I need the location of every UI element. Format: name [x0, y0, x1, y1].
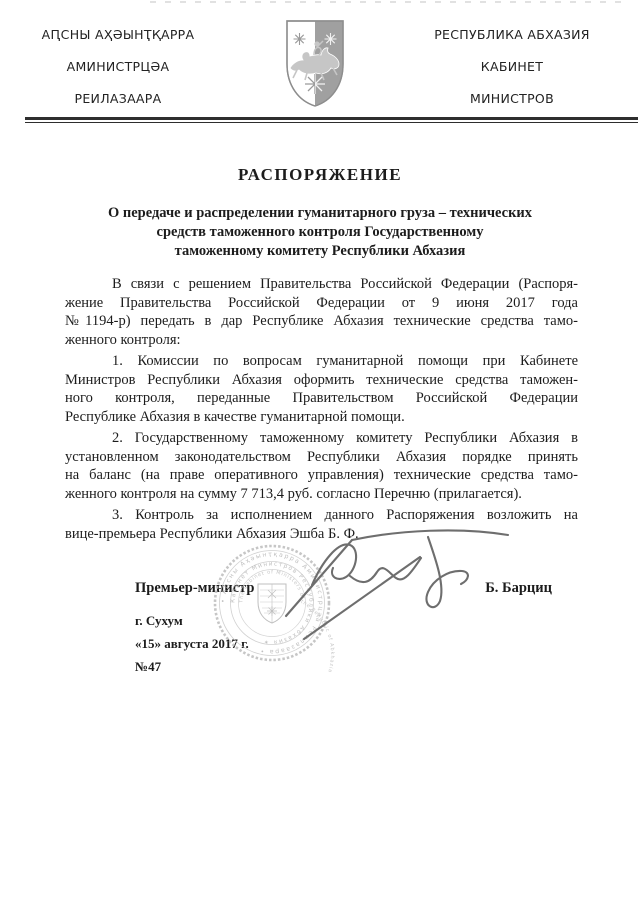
paragraph-line: жение Правительства Российской Федерации…	[65, 294, 578, 313]
footer-city: г. Сухум	[135, 609, 640, 632]
document-title: РАСПОРЯЖЕНИЕ	[0, 165, 640, 185]
body-paragraph: 2. Государственному таможенному комитету…	[65, 429, 578, 503]
paragraph-line: В связи с решением Правительства Российс…	[65, 275, 578, 294]
letterhead-abkhaz-block: АԤСНЫ АҲӘЫНҬҚАРРА АМИНИСТРЦӘА РЕИЛАЗААРА	[28, 18, 208, 114]
paragraph-line: женного контроля на сумму 7 713,4 руб. с…	[65, 485, 578, 504]
paragraph-line: ного контроля, переданные Правительством…	[65, 389, 578, 408]
subject-line2: средств таможенного контроля Государстве…	[0, 223, 640, 242]
document-page: АԤСНЫ АҲӘЫНҬҚАРРА АМИНИСТРЦӘА РЕИЛАЗААРА	[0, 0, 640, 905]
letterhead-divider	[25, 117, 638, 123]
letterhead: АԤСНЫ АҲӘЫНҬҚАРРА АМИНИСТРЦӘА РЕИЛАЗААРА	[0, 0, 640, 114]
subject-line3: таможенному комитету Республики Абхазия	[0, 242, 640, 261]
letterhead-abkhaz-line1: АԤСНЫ АҲӘЫНҬҚАРРА	[28, 18, 208, 50]
scan-artifact-line	[150, 1, 630, 3]
signer-role: Премьер-министр	[135, 580, 254, 597]
footer-number: №47	[135, 655, 640, 678]
paragraph-line: 1. Комиссии по вопросам гуманитарной пом…	[65, 352, 578, 371]
subject-line1: О передаче и распределении гуманитарного…	[0, 204, 640, 223]
document-body: В связи с решением Правительства Российс…	[65, 275, 578, 543]
paragraph-line: №1194-р) передать в дар Республике Абхаз…	[65, 312, 578, 331]
letterhead-russian-line3: МИНИСТРОВ	[422, 82, 602, 114]
paragraph-line: вице-премьера Республики Абхазия Эшба Б.…	[65, 525, 578, 544]
coat-of-arms-icon	[283, 18, 347, 110]
body-paragraph: В связи с решением Правительства Российс…	[65, 275, 578, 349]
paragraph-line: установленном законодательством Республи…	[65, 448, 578, 467]
letterhead-abkhaz-line2: АМИНИСТРЦӘА	[28, 50, 208, 82]
signer-name: Б. Барциц	[485, 580, 552, 597]
footer-date: «15» августа 2017 г.	[135, 632, 640, 655]
paragraph-line: на баланс (на праве оперативного управле…	[65, 466, 578, 485]
letterhead-russian-line1: РЕСПУБЛИКА АБХАЗИЯ	[422, 18, 602, 50]
paragraph-line: Республике Абхазия в качестве гуманитарн…	[65, 408, 578, 427]
body-paragraph: 3. Контроль за исполнением данного Распо…	[65, 506, 578, 543]
paragraph-line: 2. Государственному таможенному комитету…	[65, 429, 578, 448]
letterhead-abkhaz-line3: РЕИЛАЗААРА	[28, 82, 208, 114]
paragraph-line: 3. Контроль за исполнением данного Распо…	[65, 506, 578, 525]
letterhead-russian-line2: КАБИНЕТ	[422, 50, 602, 82]
document-footer: г. Сухум «15» августа 2017 г. №47	[135, 609, 640, 678]
document-subject: О передаче и распределении гуманитарного…	[0, 204, 640, 261]
letterhead-russian-block: РЕСПУБЛИКА АБХАЗИЯ КАБИНЕТ МИНИСТРОВ	[422, 18, 602, 114]
paragraph-line: Министров Республики Абхазия оформить те…	[65, 371, 578, 390]
paragraph-line: женного контроля:	[65, 331, 578, 350]
body-paragraph: 1. Комиссии по вопросам гуманитарной пом…	[65, 352, 578, 426]
signature-row: Премьер-министр Б. Барциц	[135, 580, 552, 597]
